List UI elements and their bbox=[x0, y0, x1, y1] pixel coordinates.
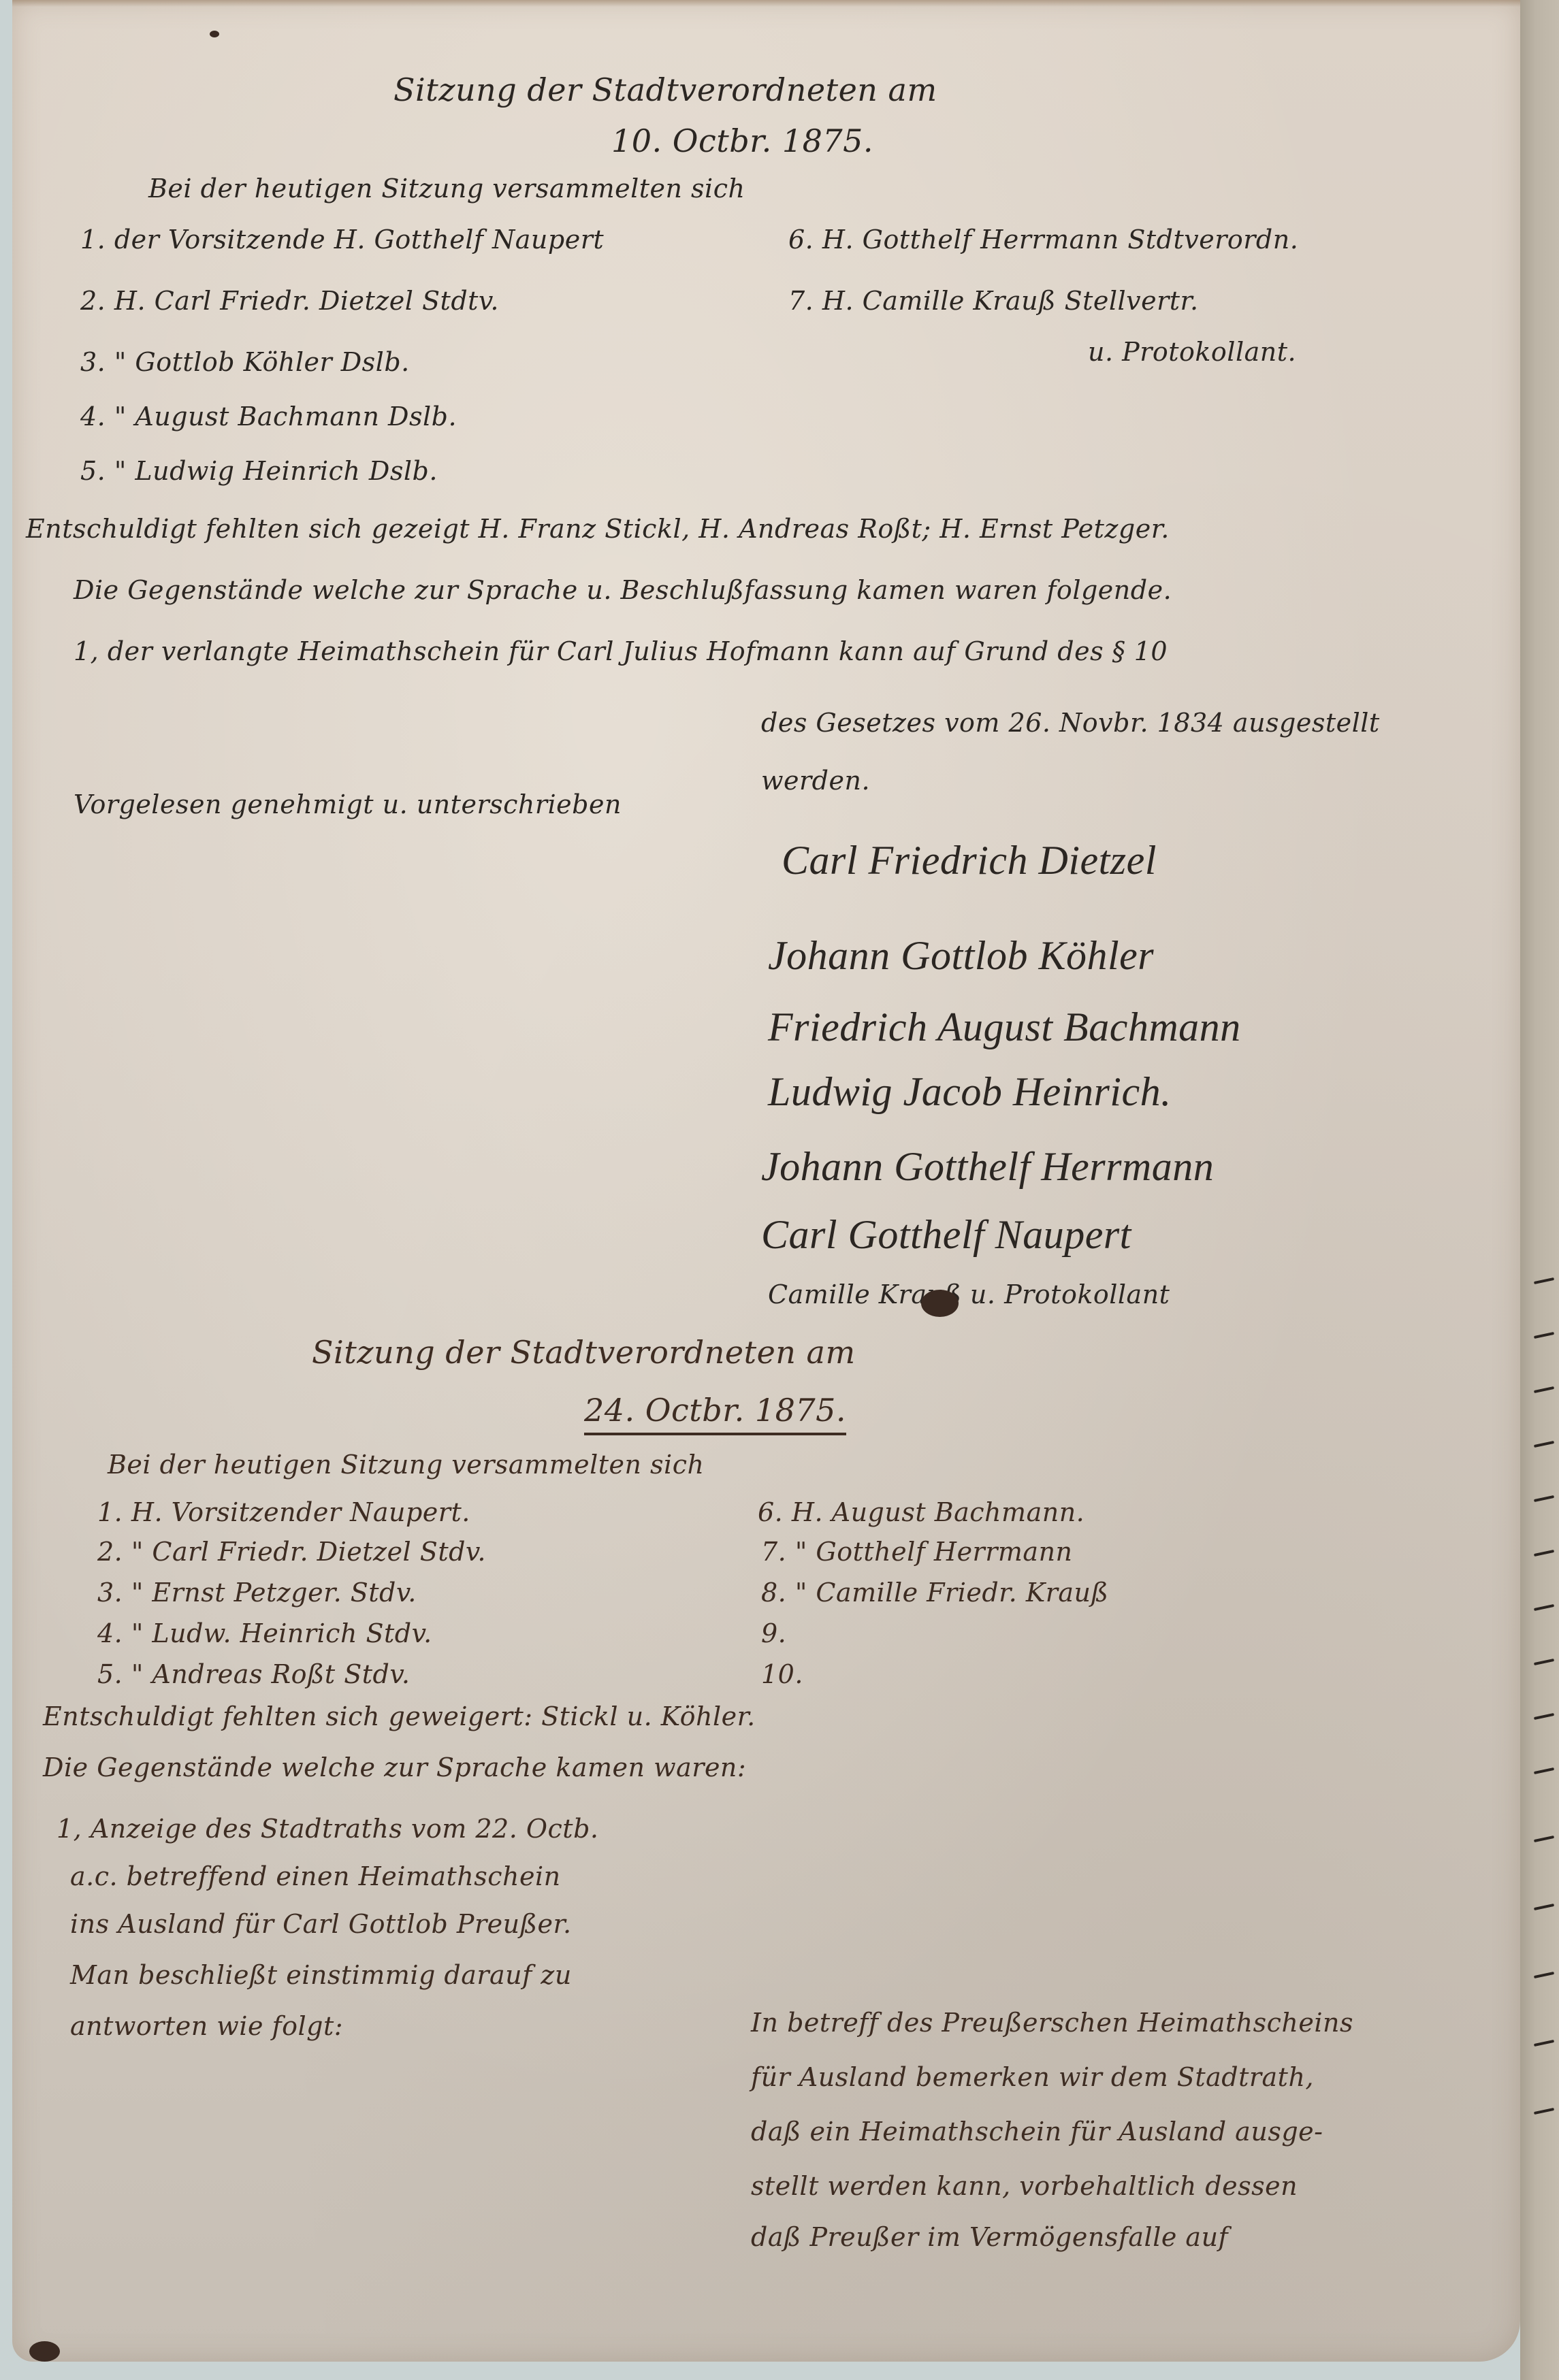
member-entry: 7. " Gotthelf Herrmann bbox=[761, 1537, 1073, 1567]
adjacent-page-edge bbox=[1520, 0, 1559, 2380]
member-entry: 3. " Ernst Petzger. Stdv. bbox=[97, 1578, 417, 1608]
signature: Ludwig Jacob Heinrich. bbox=[768, 1069, 1172, 1115]
signature: Johann Gottlob Köhler bbox=[768, 932, 1154, 979]
member-entry: 3. " Gottlob Köhler Dslb. bbox=[80, 347, 410, 377]
text-line: Man beschließt einstimmig darauf zu bbox=[70, 1960, 572, 1990]
signature: Carl Friedrich Dietzel bbox=[782, 837, 1157, 884]
ink-blot bbox=[921, 1290, 959, 1317]
session1-item1-line3: werden. bbox=[761, 766, 870, 796]
member-entry: u. Protokollant. bbox=[1088, 337, 1296, 367]
text-line: stellt werden kann, vorbehaltlich dessen bbox=[751, 2171, 1298, 2201]
text-line: 1, Anzeige des Stadtraths vom 22. Octb. bbox=[57, 1814, 598, 1844]
member-entry: 7. H. Camille Krauß Stellvertr. bbox=[788, 286, 1199, 316]
member-entry: 1. der Vorsitzende H. Gotthelf Naupert bbox=[80, 225, 604, 255]
text-line: In betreff des Preußerschen Heimathschei… bbox=[751, 2008, 1353, 2038]
session2-attendance-intro: Bei der heutigen Sitzung versammelten si… bbox=[108, 1450, 704, 1480]
member-entry: 9. bbox=[761, 1618, 786, 1648]
text-line: ins Ausland für Carl Gottlob Preußer. bbox=[70, 1909, 572, 1939]
member-entry: 5. " Ludwig Heinrich Dslb. bbox=[80, 456, 438, 486]
manuscript-page: Sitzung der Stadtverordneten am 10. Octb… bbox=[12, 0, 1520, 2362]
text-line: antworten wie folgt: bbox=[70, 2011, 343, 2041]
member-entry: 6. H. Gotthelf Herrmann Stdtverordn. bbox=[788, 225, 1298, 255]
text-line: a.c. betreffend einen Heimathschein bbox=[70, 1861, 561, 1891]
text-line: für Ausland bemerken wir dem Stadtrath, bbox=[751, 2062, 1314, 2092]
ink-stain bbox=[29, 2341, 60, 2362]
member-entry: 5. " Andreas Roßt Stdv. bbox=[97, 1659, 410, 1689]
ink-spot bbox=[210, 31, 219, 37]
member-entry: 1. H. Vorsitzender Naupert. bbox=[97, 1497, 470, 1527]
session1-date: 10. Octbr. 1875. bbox=[611, 123, 873, 159]
session2-title: Sitzung der Stadtverordneten am bbox=[312, 1334, 856, 1371]
session2-absent-note: Entschuldigt fehlten sich geweigert: Sti… bbox=[43, 1701, 756, 1731]
page-edge bbox=[12, 0, 1520, 7]
signature: Camille Krauß u. Protokollant bbox=[768, 1279, 1170, 1309]
session1-item1-line1: 1, der verlangte Heimathschein für Carl … bbox=[74, 636, 1168, 666]
member-entry: 8. " Camille Friedr. Krauß bbox=[761, 1578, 1108, 1608]
member-entry: 10. bbox=[761, 1659, 803, 1689]
member-entry: 4. " Ludw. Heinrich Stdv. bbox=[97, 1618, 432, 1648]
session1-absent-note: Entschuldigt fehlten sich gezeigt H. Fra… bbox=[26, 514, 1170, 544]
text-line: daß ein Heimathschein für Ausland ausge- bbox=[751, 2117, 1323, 2147]
text-line: daß Preußer im Vermögensfalle auf bbox=[751, 2222, 1228, 2252]
session1-item1-line2: des Gesetzes vom 26. Novbr. 1834 ausgest… bbox=[761, 708, 1380, 738]
signature: Johann Gotthelf Herrmann bbox=[761, 1143, 1214, 1190]
member-entry: 6. H. August Bachmann. bbox=[758, 1497, 1084, 1527]
session2-date: 24. Octbr. 1875. bbox=[584, 1392, 846, 1435]
signature: Carl Gotthelf Naupert bbox=[761, 1211, 1131, 1258]
session1-agenda-intro: Die Gegenstände welche zur Sprache u. Be… bbox=[74, 575, 1172, 605]
session2-agenda-intro: Die Gegenstände welche zur Sprache kamen… bbox=[43, 1753, 746, 1782]
member-entry: 2. " Carl Friedr. Dietzel Stdv. bbox=[97, 1537, 486, 1567]
session1-closing: Vorgelesen genehmigt u. unterschrieben bbox=[74, 789, 622, 819]
signature: Friedrich August Bachmann bbox=[768, 1004, 1241, 1051]
member-entry: 4. " August Bachmann Dslb. bbox=[80, 402, 457, 431]
session1-title: Sitzung der Stadtverordneten am bbox=[393, 71, 937, 108]
session1-attendance-intro: Bei der heutigen Sitzung versammelten si… bbox=[148, 174, 745, 203]
member-entry: 2. H. Carl Friedr. Dietzel Stdtv. bbox=[80, 286, 499, 316]
